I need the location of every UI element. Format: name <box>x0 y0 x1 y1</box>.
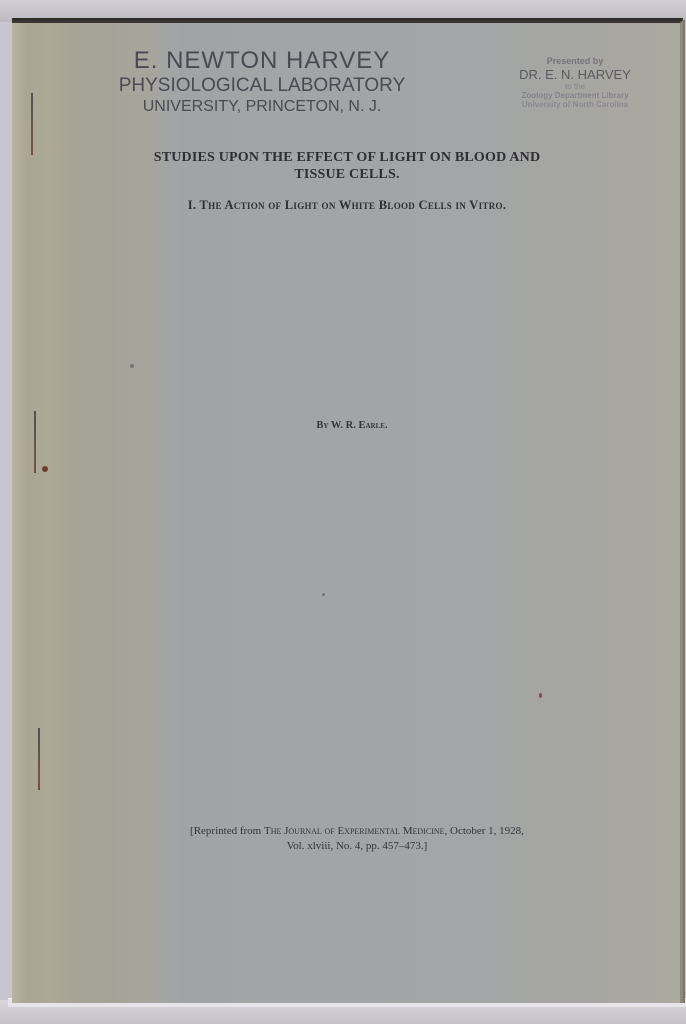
backdrop-top <box>0 0 686 22</box>
reprint-citation: [Reprinted from The Journal of Experimen… <box>142 824 572 854</box>
lab-stamp-department: PHYSIOLOGICAL LABORATORY <box>112 76 412 95</box>
lab-stamp-name: E. NEWTON HARVEY <box>112 49 412 73</box>
main-title-line-2: TISSUE CELLS. <box>122 166 572 183</box>
paper-speck <box>322 593 325 596</box>
gift-stamp-library: Zoology Department Library <box>490 92 660 100</box>
staple-middle-icon <box>34 411 36 473</box>
spine-fold <box>12 23 26 1003</box>
reprint-date: , October 1, 1928, <box>445 825 524 837</box>
subtitle: I. The Action of Light on White Blood Ce… <box>122 198 572 213</box>
reprint-line-1: [Reprinted from The Journal of Experimen… <box>142 824 572 839</box>
gift-stamp-donor: DR. E. N. HARVEY <box>490 68 660 81</box>
gift-stamp-to-the: to the <box>490 83 660 91</box>
lab-stamp-address: UNIVERSITY, PRINCETON, N. J. <box>112 99 412 115</box>
presentation-stamp: Presented by DR. E. N. HARVEY to the Zoo… <box>490 57 660 109</box>
reprint-line-2: Vol. xlviii, No. 4, pp. 457–473.] <box>142 839 572 854</box>
paper-speck <box>539 693 542 698</box>
staple-top-icon <box>31 93 33 155</box>
paper-speck <box>130 364 134 368</box>
main-title-line-1: STUDIES UPON THE EFFECT OF LIGHT ON BLOO… <box>122 149 572 166</box>
gift-stamp-university: University of North Carolina <box>490 101 660 109</box>
rust-spot <box>42 466 48 472</box>
reprint-prefix: [Reprinted from <box>190 825 264 837</box>
main-title: STUDIES UPON THE EFFECT OF LIGHT ON BLOO… <box>122 149 572 183</box>
journal-name: The Journal of Experimental Medicine <box>264 825 445 837</box>
title-block: STUDIES UPON THE EFFECT OF LIGHT ON BLOO… <box>122 149 572 213</box>
pamphlet-cover: E. NEWTON HARVEY PHYSIOLOGICAL LABORATOR… <box>12 20 683 1003</box>
author-byline: By W. R. Earle. <box>252 420 452 431</box>
staple-bottom-icon <box>38 728 40 790</box>
gift-stamp-presented-by: Presented by <box>490 57 660 66</box>
laboratory-stamp: E. NEWTON HARVEY PHYSIOLOGICAL LABORATOR… <box>112 49 412 115</box>
